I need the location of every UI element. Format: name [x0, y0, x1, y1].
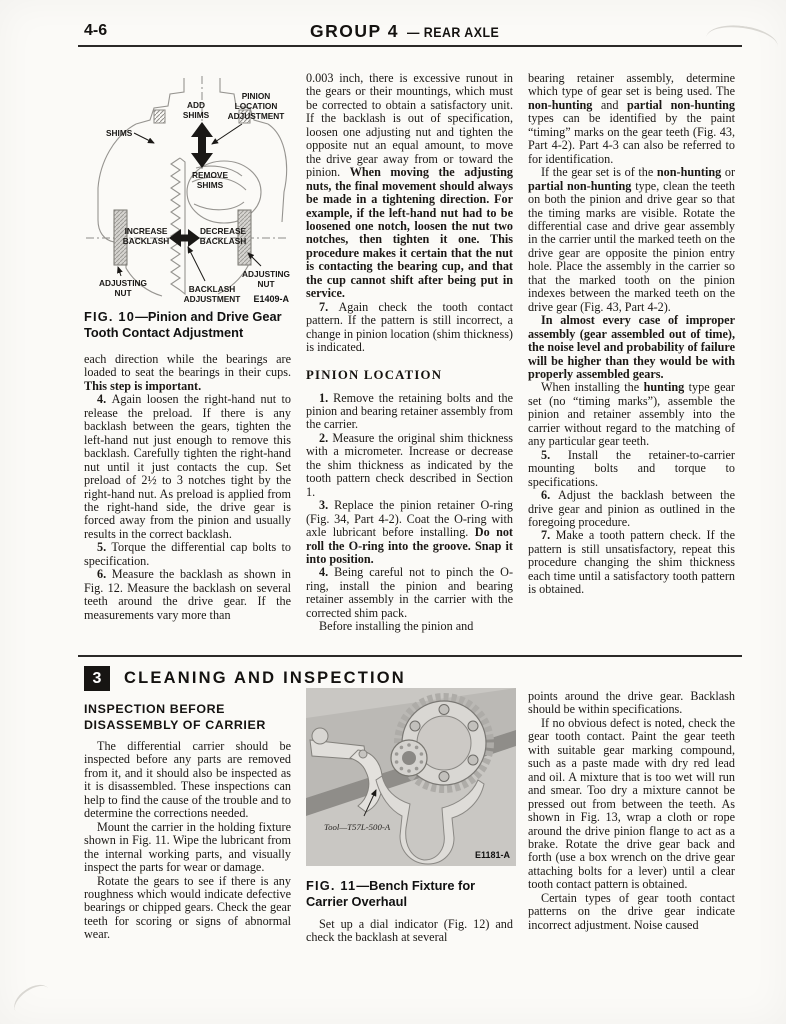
column-bottom-right: points around the drive gear. Backlash s…: [528, 690, 735, 932]
adjusting-nut-right-label: ADJUSTING: [242, 269, 290, 279]
paragraph: 3. Replace the pinion retainer O-ring (F…: [306, 499, 513, 566]
add-shims-label: ADD: [187, 100, 205, 110]
paragraph: 4. Again loosen the right-hand nut to re…: [84, 393, 291, 541]
paragraph: If no obvious defect is noted, check the…: [528, 717, 735, 892]
paragraph: 4. Being careful not to pinch the O-ring…: [306, 566, 513, 620]
paragraph: 6. Measure the backlash as shown in Fig.…: [84, 568, 291, 622]
paragraph: In almost every case of improper assembl…: [528, 314, 735, 381]
adjusting-nut-left-label: ADJUSTING: [99, 278, 147, 288]
paragraph: 2. Measure the original shim thickness w…: [306, 432, 513, 499]
paragraph: 5. Torque the differential cap bolts to …: [84, 541, 291, 568]
paragraph: points around the drive gear. Backlash s…: [528, 690, 735, 717]
fig10-caption-number: FIG. 10: [84, 309, 135, 324]
fig11-code: E1181-A: [475, 850, 511, 860]
column-bottom-left: The differential carrier should be inspe…: [84, 740, 291, 942]
paragraph: Mount the carrier in the holding fixture…: [84, 821, 291, 875]
subhead-line2: DISASSEMBLY OF CARRIER: [84, 718, 266, 732]
paragraph: 7. Make a tooth pattern check. If the pa…: [528, 529, 735, 596]
fig10-drawing: ADD SHIMS PINION LOCATION ADJUSTMENT SHI…: [84, 70, 291, 304]
paragraph: Before installing the pinion and: [306, 620, 513, 633]
page-curl-top-right: [704, 21, 780, 63]
paragraph: When installing the hunting type gear se…: [528, 381, 735, 448]
column-top-middle: 0.003 inch, there is excessive runout in…: [306, 72, 513, 634]
pinion-location-label: PINION: [242, 91, 271, 101]
paragraph: Certain types of gear tooth contact patt…: [528, 892, 735, 932]
paragraph: Set up a dial indicator (Fig. 12) and ch…: [306, 918, 513, 945]
pinion-location-label: LOCATION: [235, 101, 278, 111]
paragraph: 6. Adjust the backlash between the drive…: [528, 489, 735, 529]
group-subtitle: — REAR AXLE: [407, 25, 499, 40]
section3-title: CLEANING AND INSPECTION: [124, 669, 406, 688]
fig11-photo: Tool—T57L-500-A E1181-A: [306, 688, 516, 866]
paragraph: 0.003 inch, there is excessive runout in…: [306, 72, 513, 301]
fig11-caption-number: FIG. 11: [306, 878, 356, 893]
shim-adjust-arrow: [191, 122, 213, 168]
paragraph: each direction while the bearings are lo…: [84, 353, 291, 393]
page-curl-bottom-left: [9, 979, 56, 1022]
paragraph: If the gear set is of the non-hunting or…: [528, 166, 735, 314]
add-shims-label: SHIMS: [183, 110, 210, 120]
remove-shims-label: REMOVE: [192, 170, 228, 180]
backlash-adjustment-label: ADJUSTMENT: [184, 294, 241, 304]
adjusting-nut-left-label: NUT: [114, 288, 131, 298]
column-heading: PINION LOCATION: [306, 368, 513, 383]
section-rule: [78, 655, 742, 657]
fig10-caption: FIG. 10—Pinion and Drive Gear Tooth Cont…: [84, 309, 291, 340]
paragraph: 1. Remove the retaining bolts and the pi…: [306, 392, 513, 432]
section3-number-box: 3: [84, 666, 110, 691]
page-number: 4-6: [84, 22, 107, 40]
paragraph: bearing retainer assembly, determine whi…: [528, 72, 735, 166]
remove-shims-label: SHIMS: [197, 180, 224, 190]
header-rule: [78, 45, 742, 47]
decrease-backlash-label: BACKLASH: [200, 236, 247, 246]
column-top-right: bearing retainer assembly, determine whi…: [528, 72, 735, 597]
column-top-left: each direction while the bearings are lo…: [84, 353, 291, 622]
fig11-block: Tool—T57L-500-A E1181-A FIG. 11—Bench Fi…: [306, 688, 516, 945]
shims-label: SHIMS: [106, 128, 133, 138]
flange-hub: [391, 740, 427, 776]
column-bottom-middle: Set up a dial indicator (Fig. 12) and ch…: [306, 918, 513, 945]
fig11-caption: FIG. 11—Bench Fixture for Carrier Overha…: [306, 878, 516, 909]
increase-backlash-label: INCREASE: [125, 226, 168, 236]
backlash-adjustment-label: BACKLASH: [189, 284, 236, 294]
paragraph: The differential carrier should be inspe…: [84, 740, 291, 821]
page-header: GROUP 4 — REAR AXLE: [310, 21, 507, 42]
decrease-backlash-label: DECREASE: [200, 226, 247, 236]
adjusting-nut-right-label: NUT: [257, 279, 274, 289]
fig10-code: E1409-A: [253, 294, 289, 304]
manual-page: 4-6 GROUP 4 — REAR AXLE: [0, 0, 786, 1024]
paragraph: Rotate the gears to see if there is any …: [84, 875, 291, 942]
tool-label: Tool—T57L-500-A: [324, 822, 391, 832]
fig10-diagram: ADD SHIMS PINION LOCATION ADJUSTMENT SHI…: [84, 70, 291, 309]
group-title: GROUP 4: [310, 21, 399, 42]
subhead-line1: INSPECTION BEFORE: [84, 702, 225, 716]
pinion-location-label: ADJUSTMENT: [228, 111, 285, 121]
paragraph: 5. Install the retainer-to-carrier mount…: [528, 449, 735, 489]
paragraph: 7. Again check the tooth contact pattern…: [306, 301, 513, 355]
section3-subhead: INSPECTION BEFORE DISASSEMBLY OF CARRIER: [84, 701, 266, 733]
increase-backlash-label: BACKLASH: [123, 236, 170, 246]
